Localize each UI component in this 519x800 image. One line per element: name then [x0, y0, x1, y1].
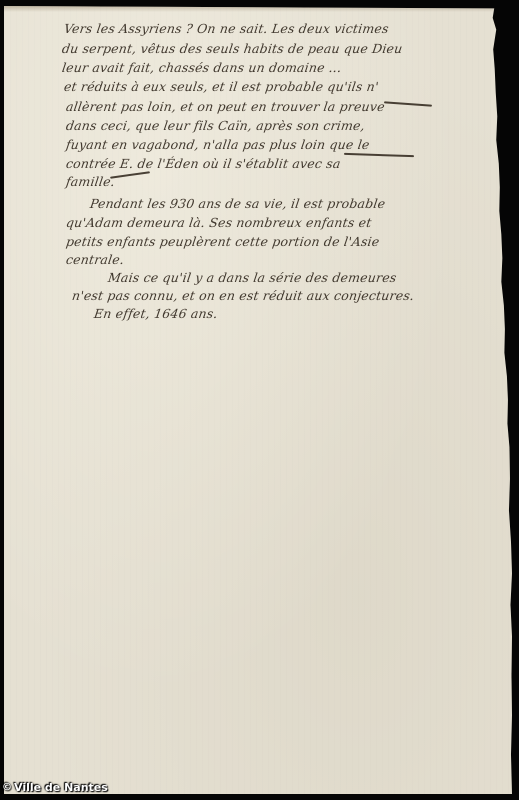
text-line-15: n'est pas connu, et on en est réduit aux… [71, 287, 416, 305]
text-line-9: famille. [65, 173, 116, 191]
text-line-2: du serpent, vêtus des seuls habits de pe… [61, 40, 404, 58]
text-line-16: En effet, 1646 ans. [93, 305, 219, 323]
manuscript-page: Vers les Assyriens ? On ne sait. Les deu… [4, 6, 512, 794]
text-line-8: contrée E. de l'Éden où il s'établit ave… [65, 155, 342, 173]
copyright-watermark: © Ville de Nantes [2, 781, 108, 794]
pen-flourish [344, 153, 414, 157]
text-line-7: fuyant en vagabond, n'alla pas plus loin… [65, 136, 371, 154]
text-line-10: Pendant les 930 ans de sa vie, il est pr… [89, 195, 387, 213]
text-line-6: dans ceci, que leur fils Caïn, après son… [65, 117, 366, 135]
image-viewer: Vers les Assyriens ? On ne sait. Les deu… [0, 0, 519, 800]
text-line-12: petits enfants peuplèrent cette portion … [65, 233, 381, 251]
watermark-text: Ville de Nantes [14, 781, 108, 794]
text-line-13: centrale. [65, 251, 126, 269]
pen-flourish [384, 101, 432, 106]
text-line-14: Mais ce qu'il y a dans la série des deme… [107, 269, 398, 287]
copyright-icon: © [2, 783, 12, 793]
text-line-1: Vers les Assyriens ? On ne sait. Les deu… [63, 20, 390, 38]
text-line-4: et réduits à eux seuls, et il est probab… [63, 78, 380, 96]
text-line-11: qu'Adam demeura là. Ses nombreux enfants… [65, 214, 373, 232]
text-line-3: leur avait fait, chassés dans un domaine… [61, 59, 343, 77]
paper-edge-shadow [4, 6, 512, 12]
text-line-5: allèrent pas loin, et on peut en trouver… [65, 98, 386, 116]
